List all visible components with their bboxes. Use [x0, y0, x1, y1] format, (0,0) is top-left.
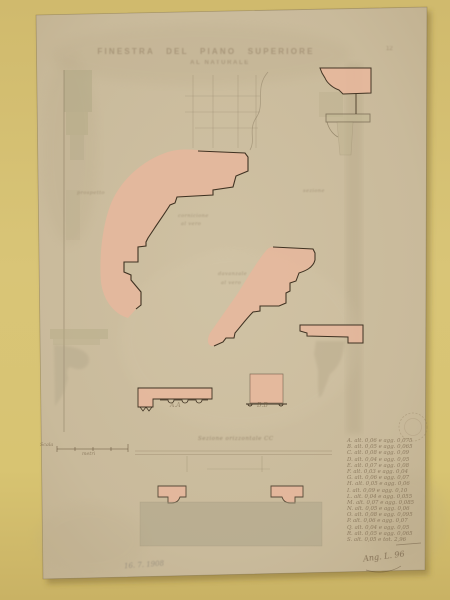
page-mark: 12 [386, 46, 393, 52]
label-section-bb: B.B [257, 402, 268, 409]
annotation-large-profile-1: cornicione [178, 213, 209, 219]
annotation-right-strip: sezione [303, 188, 325, 194]
annotation-sill-profile-2: al vero [221, 280, 241, 286]
annotation-left-strip: prospetto [77, 190, 105, 196]
annotation-large-profile-2: al vero [181, 221, 201, 227]
section-caption: Sezione orizzontale CC [198, 436, 274, 442]
measurement-list: A. alt. 0,06 e agg. 0,075B. alt. 0,05 e … [347, 438, 433, 543]
annotation-sill-profile-1: davanzale [218, 271, 247, 277]
scale-unit: metri [82, 452, 95, 457]
label-section-aa: A.A [170, 402, 181, 409]
measurement-row: S. alt. 0,05 e tot. 2,96 [347, 537, 433, 543]
drawing-subtitle: AL NATURALE [190, 60, 250, 66]
photo-of-architectural-drawing: FINESTRA DEL PIANO SUPERIORE AL NATURALE… [0, 0, 450, 600]
scale-label: Scala [40, 443, 53, 448]
text-overlay: FINESTRA DEL PIANO SUPERIORE AL NATURALE… [0, 0, 450, 600]
pencil-date-note: 16. 7. 1908 [124, 560, 165, 571]
signature: Ang. L. 96 [363, 549, 406, 563]
drawing-title: FINESTRA DEL PIANO SUPERIORE [97, 47, 314, 56]
